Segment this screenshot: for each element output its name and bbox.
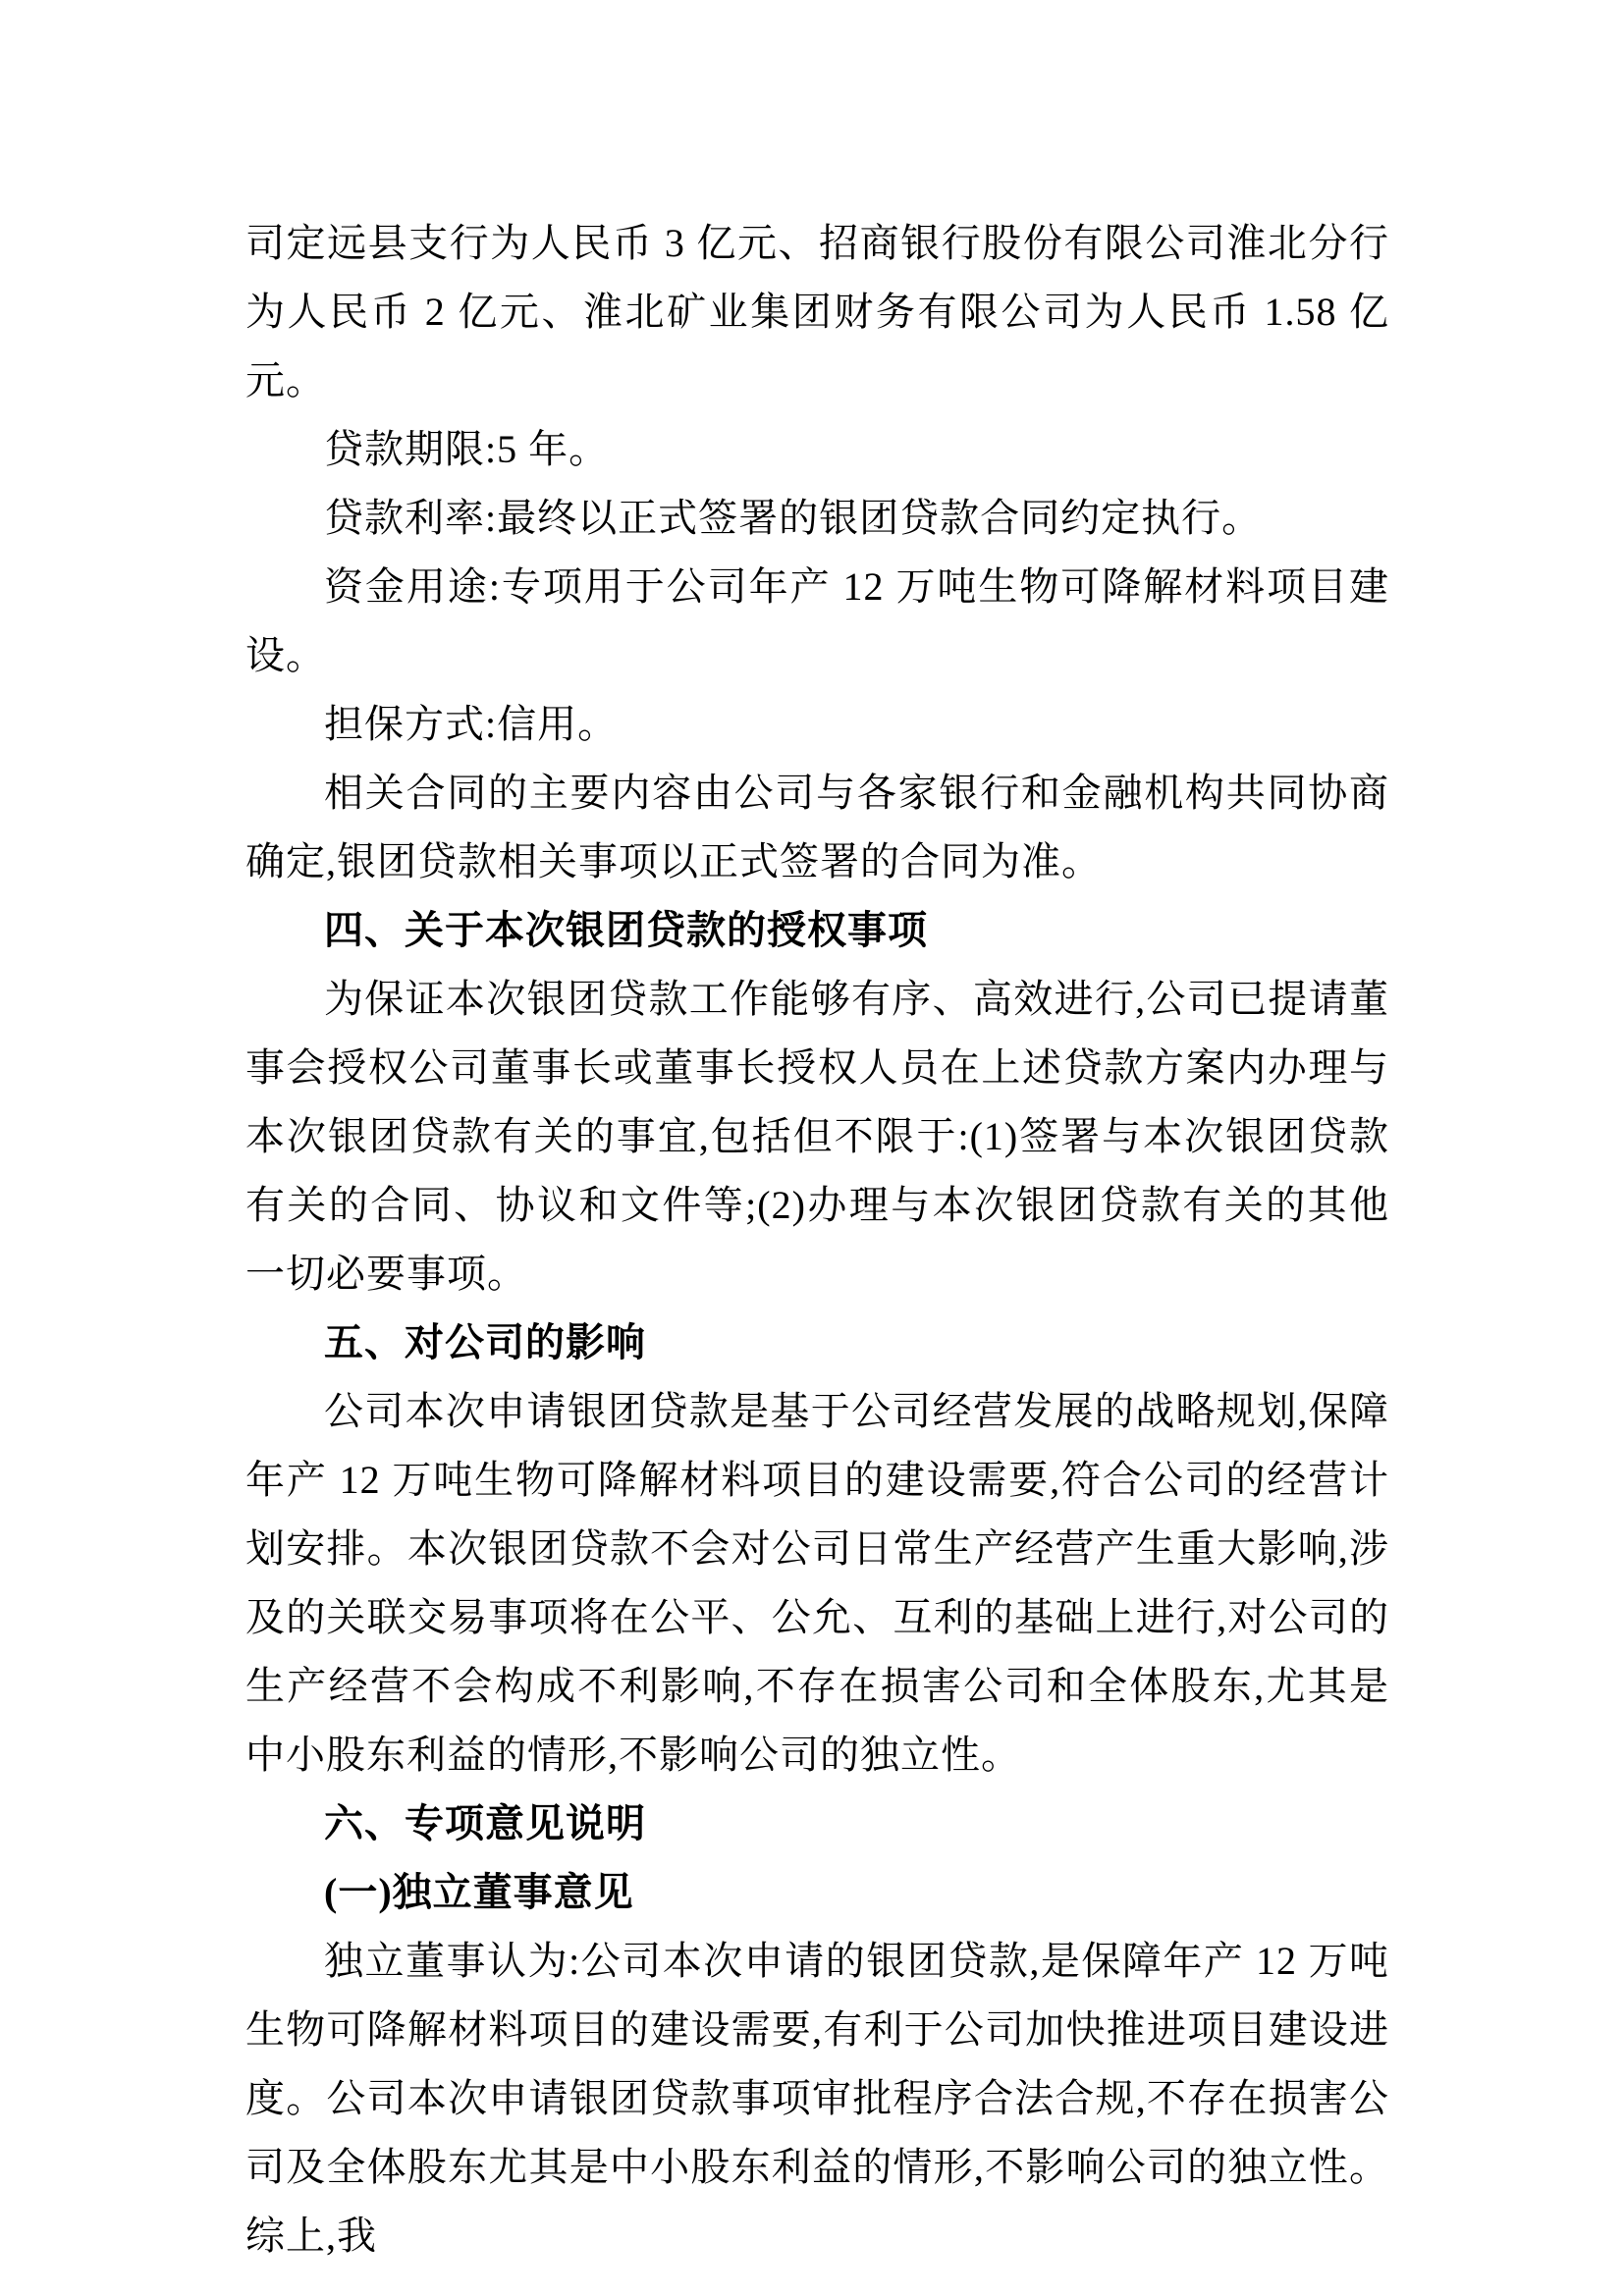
document-body: 司定远县支行为人民币 3 亿元、招商银行股份有限公司淮北分行为人民币 2 亿元、… <box>245 209 1389 2270</box>
paragraph-loan-amounts-continuation: 司定远县支行为人民币 3 亿元、招商银行股份有限公司淮北分行为人民币 2 亿元、… <box>245 209 1389 415</box>
paragraph-contract-terms: 相关合同的主要内容由公司与各家银行和金融机构共同协商确定,银团贷款相关事项以正式… <box>245 759 1389 896</box>
paragraph-guarantee-method: 担保方式:信用。 <box>245 690 1389 759</box>
document-page: 司定远县支行为人民币 3 亿元、招商银行股份有限公司淮北分行为人民币 2 亿元、… <box>0 0 1624 2296</box>
paragraph-fund-use: 资金用途:专项用于公司年产 12 万吨生物可降解材料项目建设。 <box>245 553 1389 690</box>
subsection-heading-independent-directors: (一)独立董事意见 <box>245 1858 1389 1927</box>
paragraph-authorization-details: 为保证本次银团贷款工作能够有序、高效进行,公司已提请董事会授权公司董事长或董事长… <box>245 965 1389 1308</box>
section-heading-company-impact: 五、对公司的影响 <box>245 1308 1389 1377</box>
paragraph-independent-directors-opinion: 独立董事认为:公司本次申请的银团贷款,是保障年产 12 万吨生物可降解材料项目的… <box>245 1927 1389 2270</box>
section-heading-authorization: 四、关于本次银团贷款的授权事项 <box>245 896 1389 965</box>
paragraph-loan-term: 贷款期限:5 年。 <box>245 415 1389 484</box>
paragraph-loan-rate: 贷款利率:最终以正式签署的银团贷款合同约定执行。 <box>245 484 1389 553</box>
section-heading-special-opinions: 六、专项意见说明 <box>245 1789 1389 1858</box>
paragraph-company-impact: 公司本次申请银团贷款是基于公司经营发展的战略规划,保障年产 12 万吨生物可降解… <box>245 1377 1389 1789</box>
